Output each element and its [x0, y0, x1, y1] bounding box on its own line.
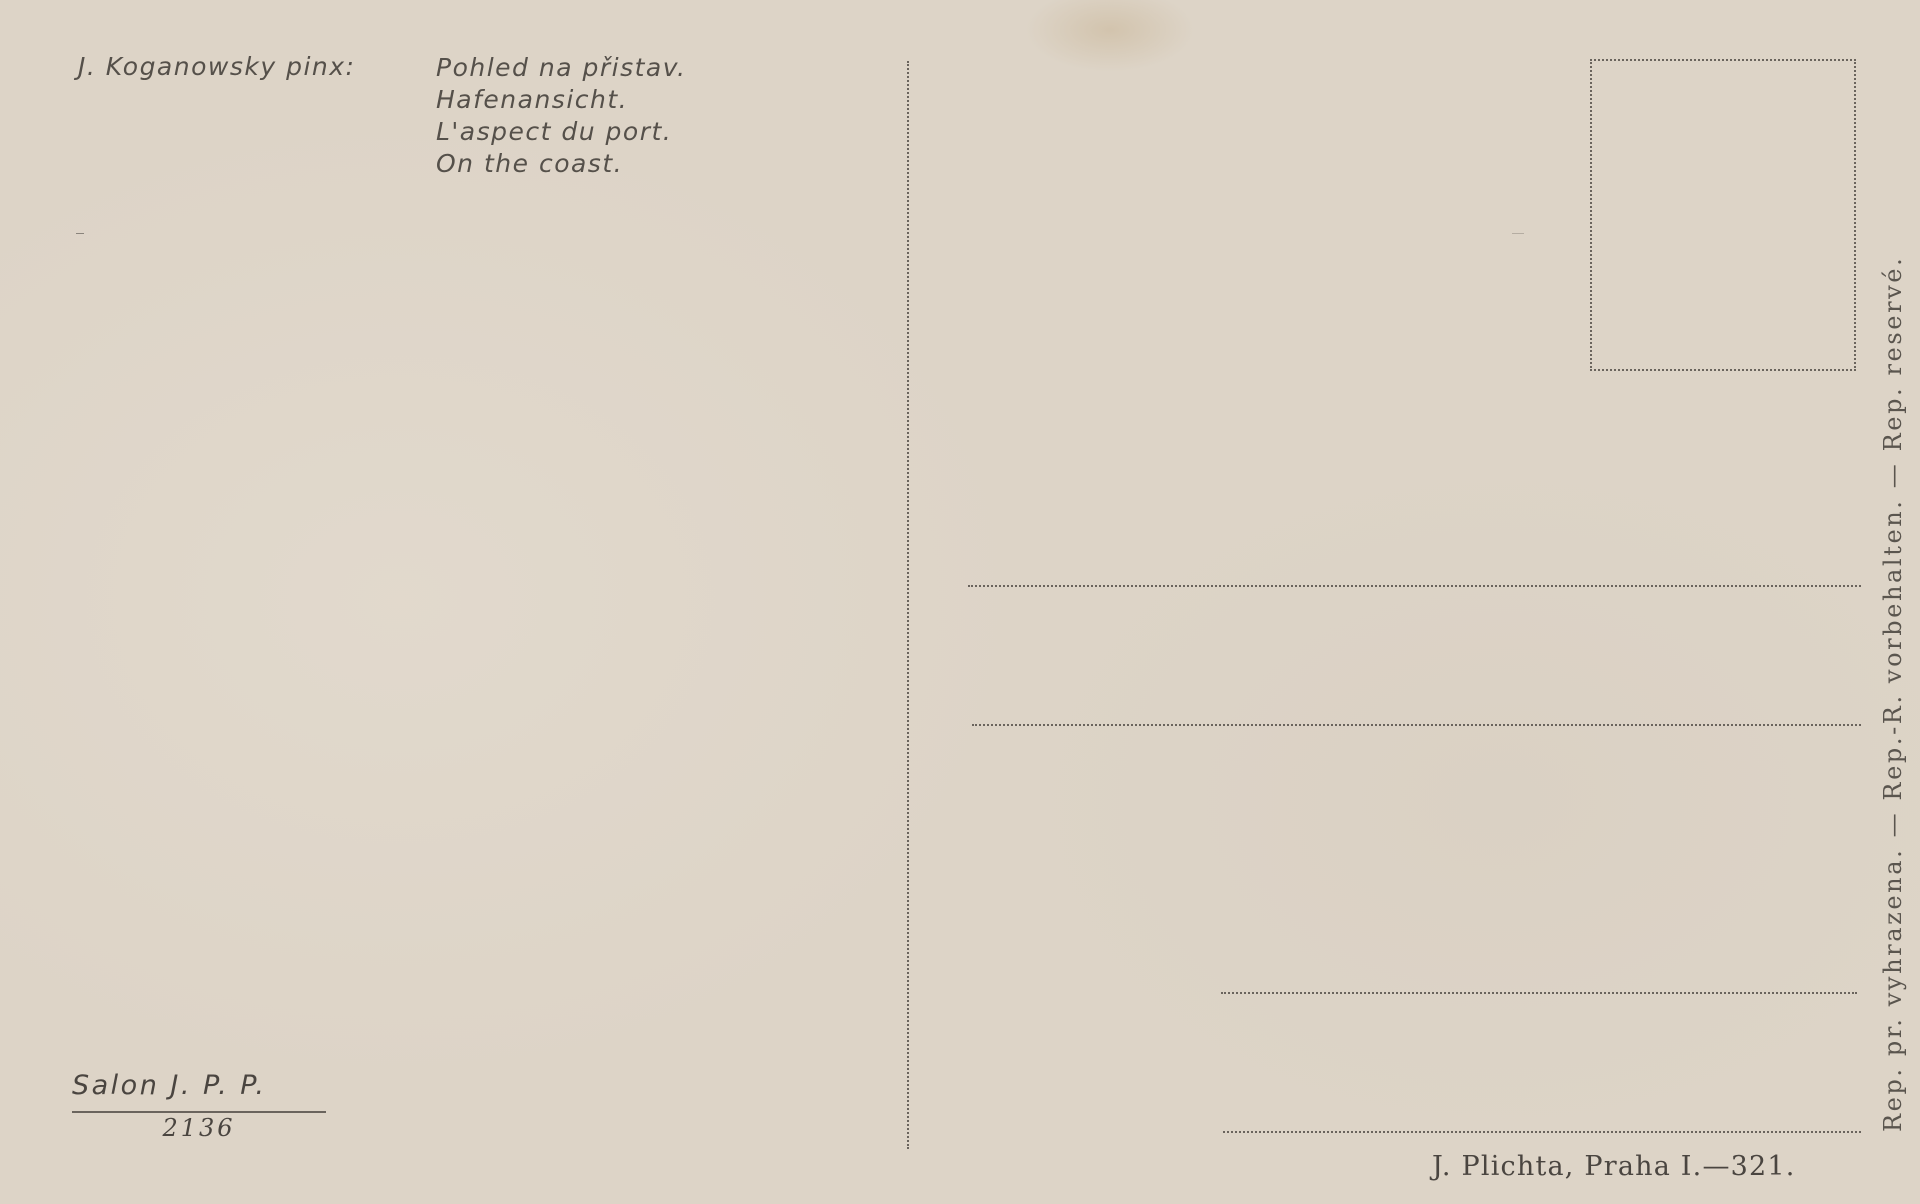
address-line-3 [1221, 992, 1857, 994]
rights-notice: Rep. pr. vyhrazena. — Rep.-R. vorbehalte… [1878, 112, 1908, 1132]
salon-label: Salon J. P. P. [72, 1070, 326, 1101]
stamp-box [1590, 59, 1856, 371]
salon-underline [72, 1111, 326, 1113]
caption-czech: Pohled na přistav. [436, 52, 686, 84]
margin-tick-mark [76, 233, 84, 234]
caption-block: Pohled na přistav. Hafenansicht. L'aspec… [436, 52, 686, 180]
address-line-4 [1223, 1131, 1861, 1133]
caption-english: On the coast. [436, 148, 686, 180]
address-line-1 [968, 585, 1861, 587]
center-divider-line [907, 61, 909, 1149]
caption-german: Hafenansicht. [436, 84, 686, 116]
caption-french: L'aspect du port. [436, 116, 686, 148]
publisher-imprint: J. Plichta, Praha I.—321. [1432, 1151, 1796, 1182]
series-number: 2136 [72, 1114, 326, 1142]
address-line-2 [972, 724, 1861, 726]
margin-tick-mark-right [1512, 233, 1524, 234]
artist-credit: J. Koganowsky pinx: [78, 52, 355, 81]
